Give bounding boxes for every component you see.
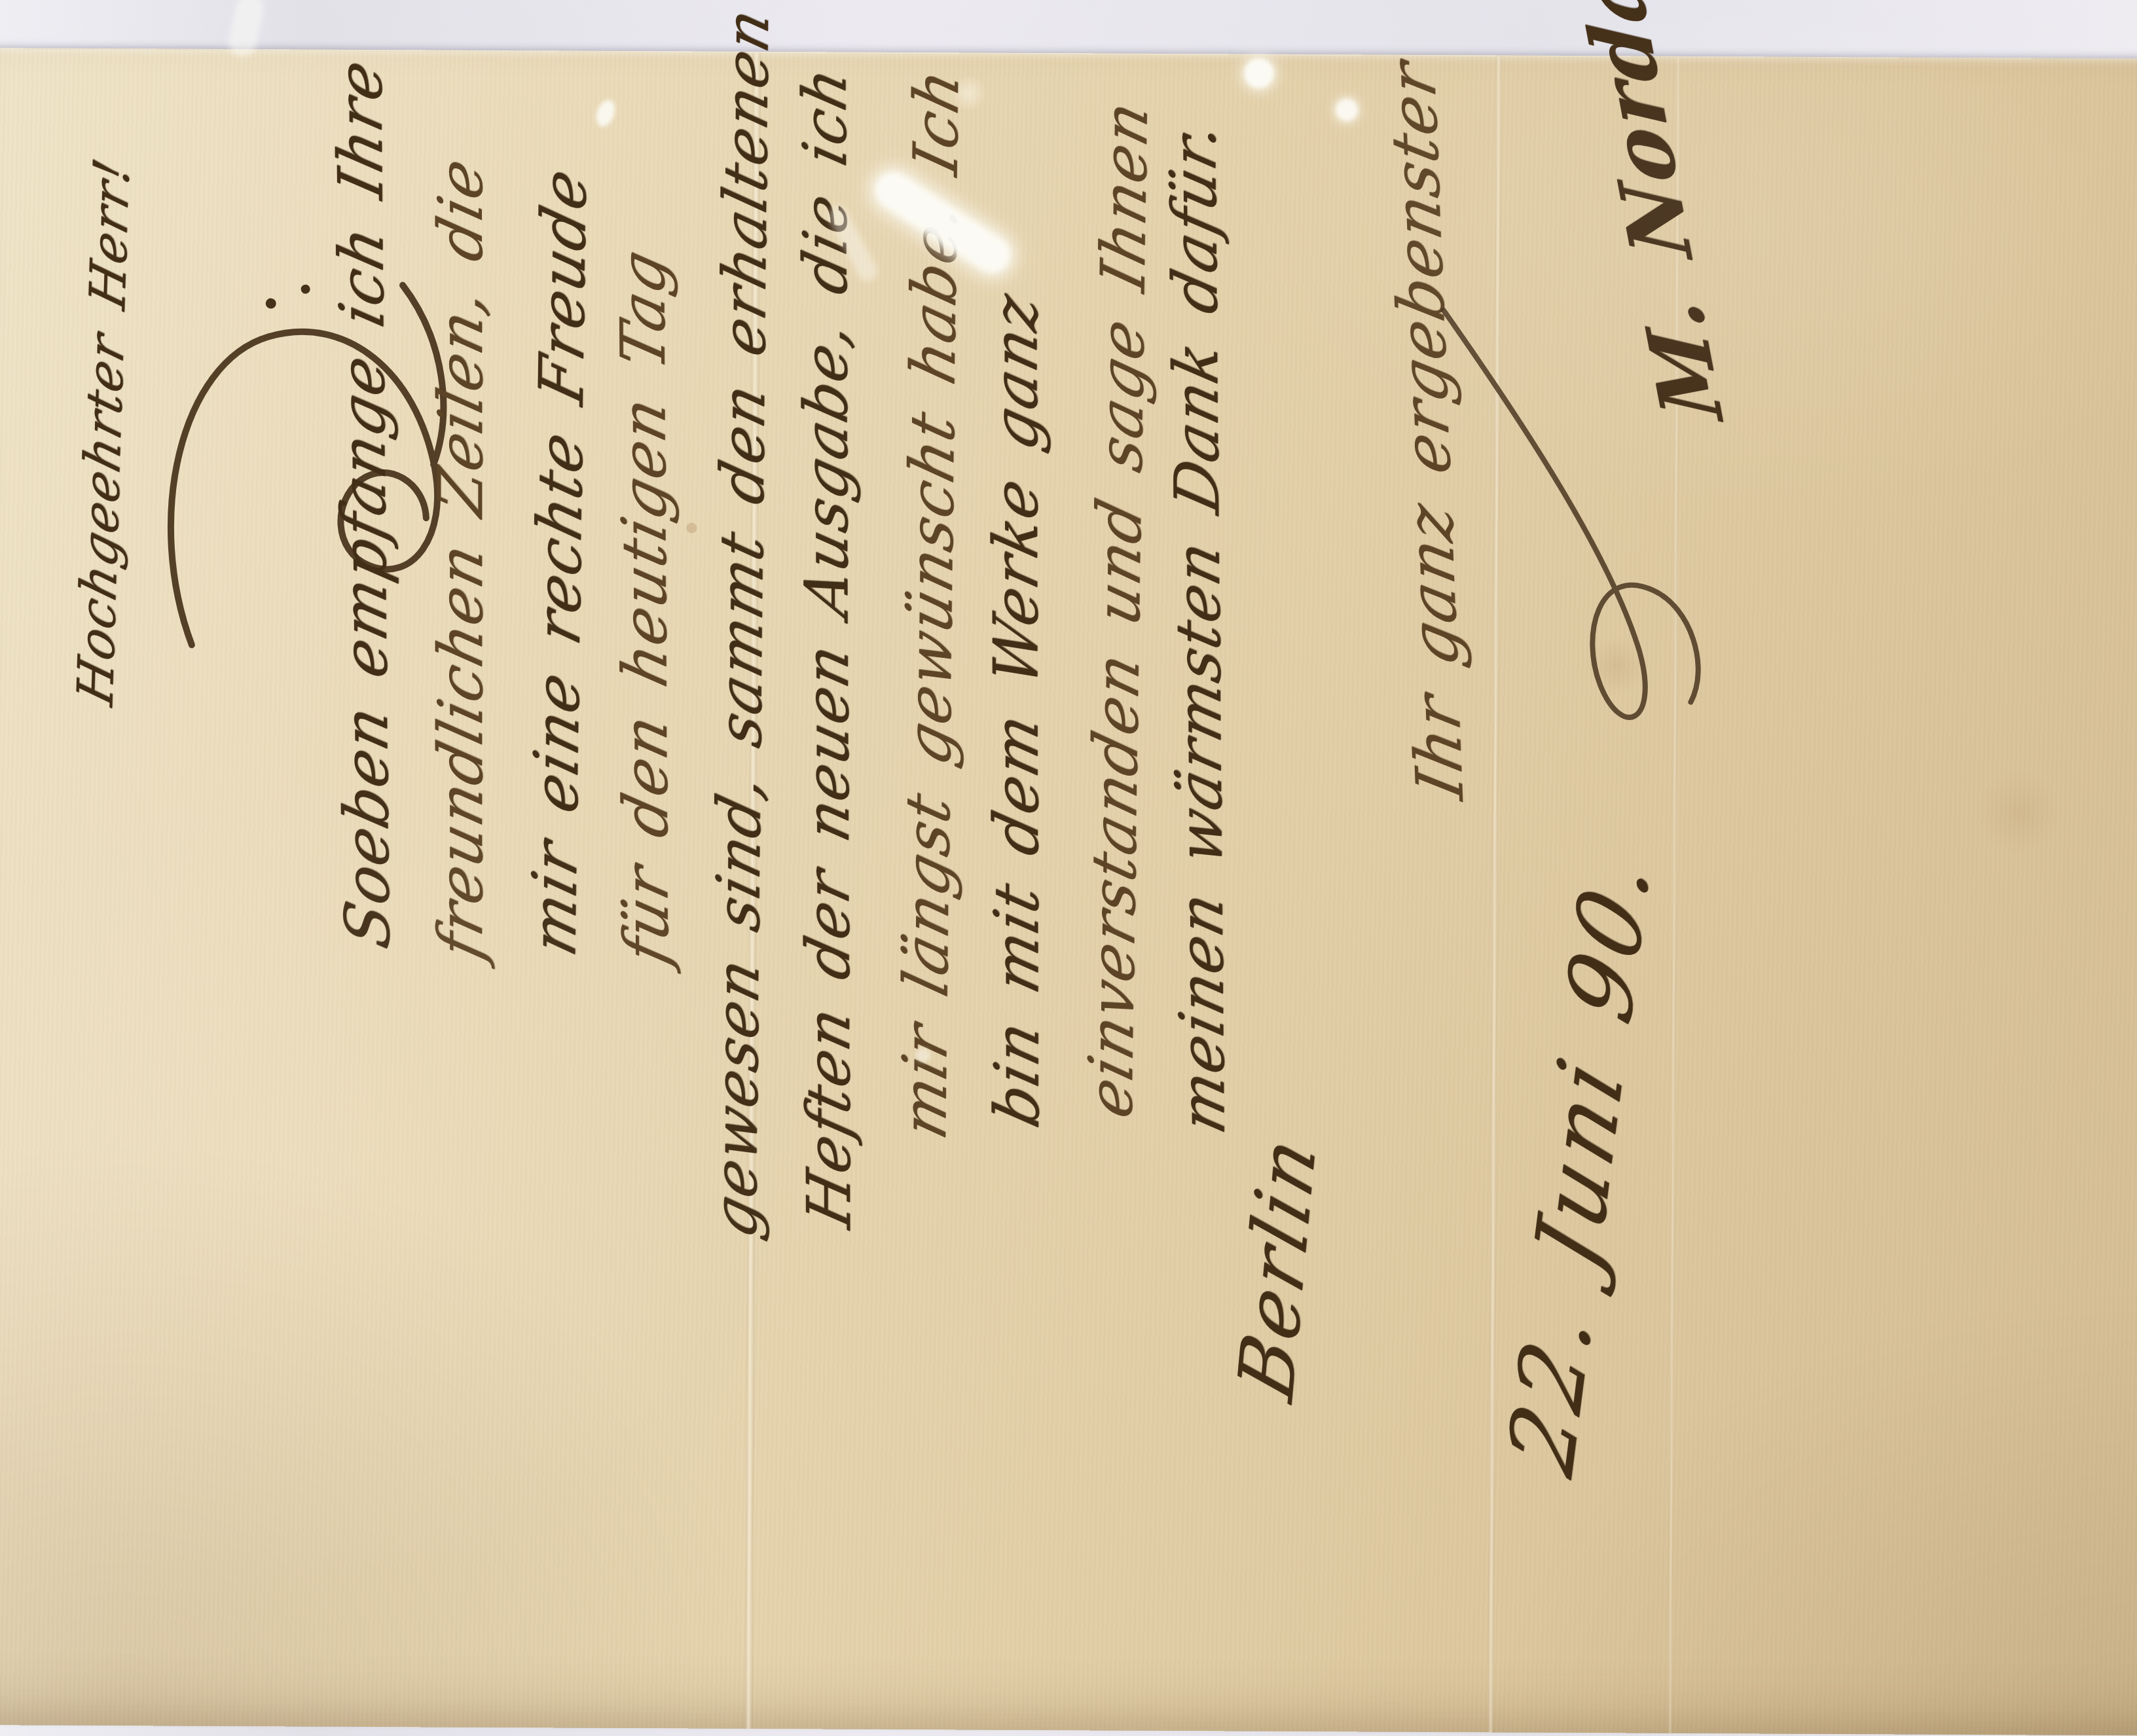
salutation-line: Hochgeehrter Herr! — [66, 152, 141, 711]
body-line: mir eine rechte Freude — [519, 160, 601, 962]
handwritten-page: Hochgeehrter Herr! Soeben empfange ich I… — [0, 21, 2137, 1602]
letter-paper: Hochgeehrter Herr! Soeben empfange ich I… — [0, 48, 2137, 1602]
body-line: bin mit dem Werke ganz — [980, 286, 1053, 1134]
date-line: 22. Juni 90. — [1490, 836, 1671, 1489]
glass-reflection-speck — [916, 1048, 930, 1062]
body-line: Soeben empfange ich Ihre — [325, 52, 405, 954]
glass-reflection-dot — [1336, 99, 1358, 121]
body-line: für den heutigen Tag — [608, 242, 683, 971]
body-line: freundlichen Zeilen, die — [426, 151, 497, 966]
body-line: meinen wärmsten Dank dafür. — [1159, 115, 1239, 1140]
glass-reflection-dot — [1244, 58, 1274, 88]
framed-letter-photo: Hochgeehrter Herr! Soeben empfange ich I… — [0, 0, 2137, 1602]
body-line: einverstanden und sage Ihnen — [1075, 93, 1161, 1125]
body-line: gewesen sind, sammt den erhaltenen 70. — [700, 0, 784, 1244]
place-line: Berlin — [1222, 1123, 1334, 1411]
